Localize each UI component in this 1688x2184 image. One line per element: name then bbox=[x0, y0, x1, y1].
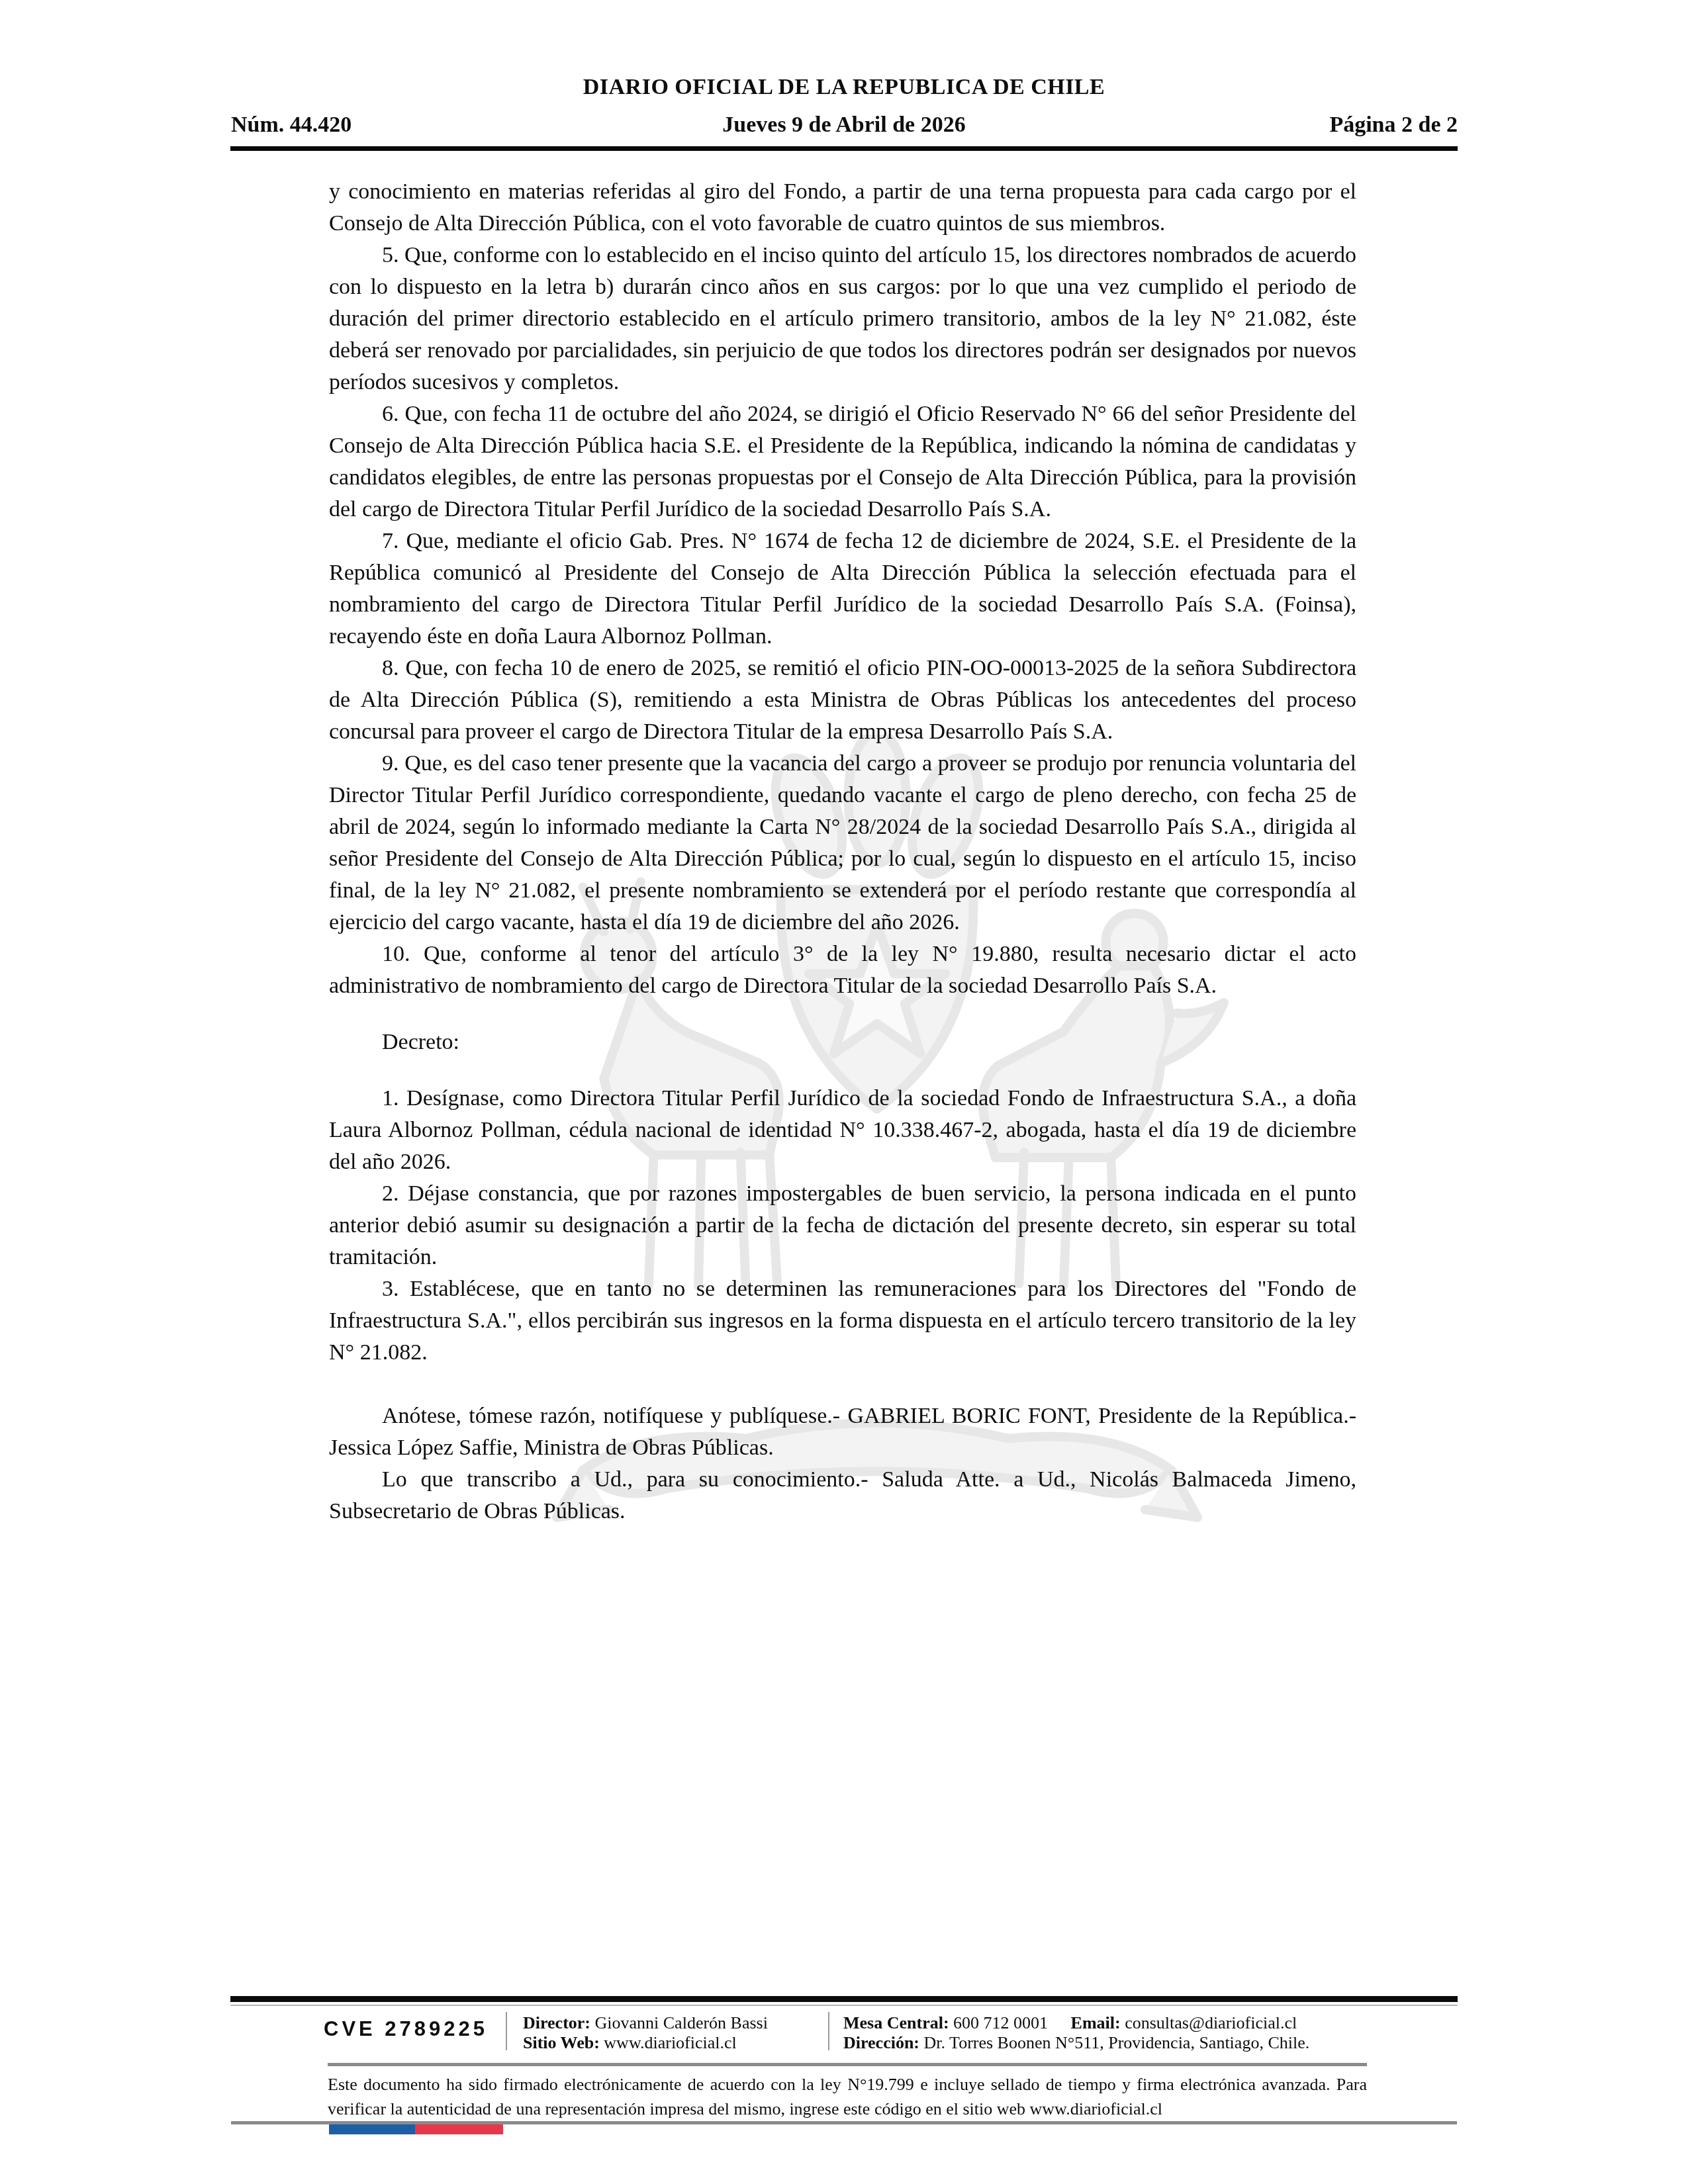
footer-rule-black bbox=[230, 1996, 1458, 2002]
chile-flag-mark bbox=[329, 2124, 503, 2134]
paragraph: 5. Que, conforme con lo establecido en e… bbox=[329, 240, 1356, 398]
flag-red-stripe bbox=[415, 2124, 503, 2134]
email-value: consultas@diarioficial.cl bbox=[1125, 2013, 1297, 2032]
decree-label: Decreto: bbox=[329, 1026, 1356, 1058]
cve-code: CVE 2789225 bbox=[324, 2017, 488, 2041]
website-value: www.diarioficial.cl bbox=[604, 2033, 736, 2052]
footer-divider bbox=[828, 2012, 829, 2050]
paragraph: 10. Que, conforme al tenor del artículo … bbox=[329, 938, 1356, 1002]
website-label: Sitio Web: bbox=[523, 2033, 600, 2052]
footer-rule-thin bbox=[230, 2005, 1458, 2006]
flag-blue-stripe bbox=[329, 2124, 415, 2134]
decree-item: 2. Déjase constancia, que por razones im… bbox=[329, 1178, 1356, 1273]
address-value: Dr. Torres Boonen N°511, Providencia, Sa… bbox=[924, 2033, 1310, 2052]
address-line: Dirección: Dr. Torres Boonen N°511, Prov… bbox=[843, 2033, 1309, 2053]
document-body: y conocimiento en materias referidas al … bbox=[329, 176, 1356, 1527]
footer-rule-gray-top bbox=[328, 2063, 1367, 2066]
phone-email-line: Mesa Central: 600 712 0001 Email: consul… bbox=[843, 2013, 1309, 2033]
director-line: Director: Giovanni Calderón Bassi bbox=[523, 2013, 768, 2033]
director-value: Giovanni Calderón Bassi bbox=[595, 2013, 768, 2032]
document-page: DIARIO OFICIAL DE LA REPUBLICA DE CHILE … bbox=[0, 0, 1688, 2184]
address-label: Dirección: bbox=[843, 2033, 919, 2052]
phone-label: Mesa Central: bbox=[843, 2013, 949, 2032]
paragraph: 8. Que, con fecha 10 de enero de 2025, s… bbox=[329, 653, 1356, 748]
paragraph: 6. Que, con fecha 11 de octubre del año … bbox=[329, 398, 1356, 525]
website-line: Sitio Web: www.diarioficial.cl bbox=[523, 2033, 768, 2053]
legal-notice: Este documento ha sido firmado electróni… bbox=[328, 2072, 1367, 2121]
director-label: Director: bbox=[523, 2013, 590, 2032]
paragraph: 9. Que, es del caso tener presente que l… bbox=[329, 748, 1356, 938]
header-rule bbox=[230, 146, 1458, 151]
decree-item: 3. Establécese, que en tanto no se deter… bbox=[329, 1273, 1356, 1369]
paragraph: 7. Que, mediante el oficio Gab. Pres. N°… bbox=[329, 525, 1356, 653]
newspaper-title: DIARIO OFICIAL DE LA REPUBLICA DE CHILE bbox=[0, 74, 1688, 101]
header-row: Núm. 44.420 Jueves 9 de Abril de 2026 Pá… bbox=[0, 113, 1688, 139]
paragraph: y conocimiento en materias referidas al … bbox=[329, 176, 1356, 240]
decree-item: 1. Desígnase, como Directora Titular Per… bbox=[329, 1083, 1356, 1178]
footer-divider bbox=[506, 2012, 507, 2050]
footer-contact-column: Mesa Central: 600 712 0001 Email: consul… bbox=[843, 2013, 1309, 2053]
page-indicator: Página 2 de 2 bbox=[1329, 113, 1458, 138]
phone-value: 600 712 0001 bbox=[953, 2013, 1048, 2032]
closing-paragraph: Lo que transcribo a Ud., para su conocim… bbox=[329, 1464, 1356, 1527]
footer-director-column: Director: Giovanni Calderón Bassi Sitio … bbox=[523, 2013, 768, 2053]
email-label: Email: bbox=[1071, 2013, 1121, 2032]
closing-paragraph: Anótese, tómese razón, notifíquese y pub… bbox=[329, 1400, 1356, 1464]
